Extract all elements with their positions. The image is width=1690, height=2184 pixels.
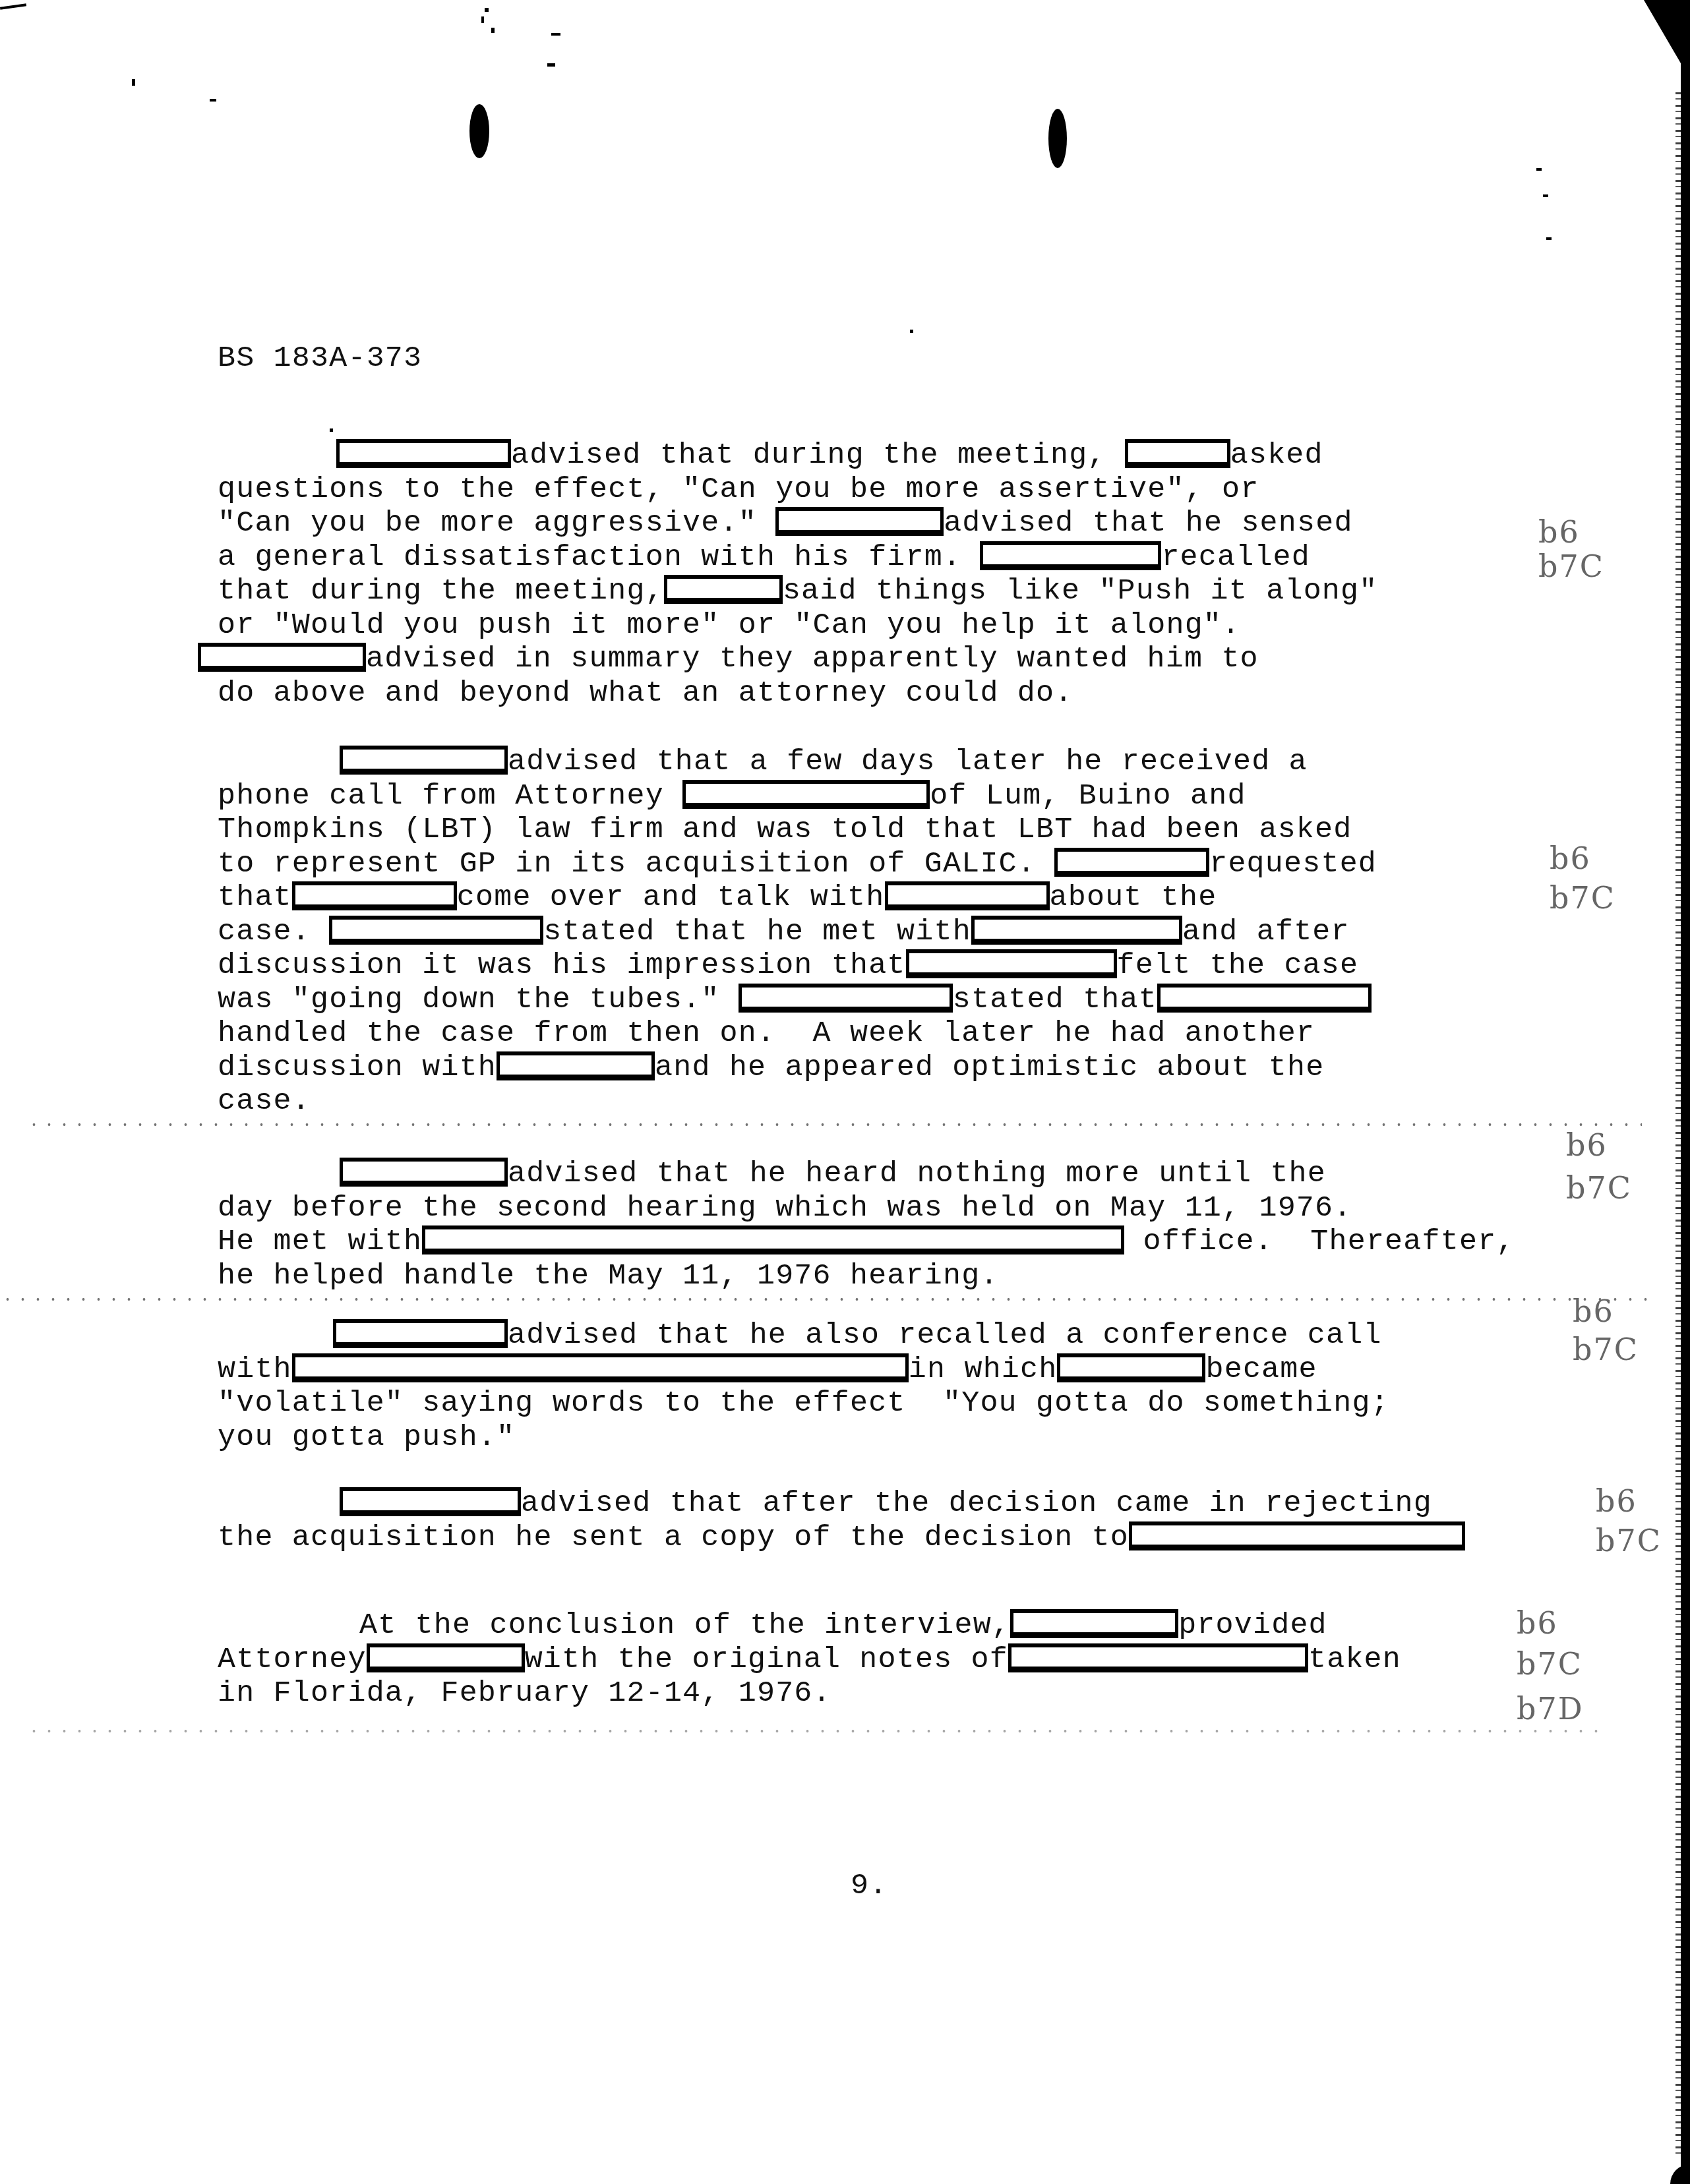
text-segment: case. bbox=[218, 1084, 311, 1118]
text-segment: in which bbox=[909, 1353, 1058, 1386]
text-line: advised that after the decision came in … bbox=[340, 1487, 1432, 1521]
text-line: a general dissatisfaction with his firm.… bbox=[218, 541, 1310, 575]
text-segment: He met with bbox=[218, 1225, 422, 1258]
text-segment: felt the case bbox=[1117, 949, 1359, 982]
page-bottom-corner bbox=[1670, 2164, 1690, 2184]
text-line: in Florida, February 12-14, 1976. bbox=[218, 1676, 831, 1711]
text-line: he helped handle the May 11, 1976 hearin… bbox=[218, 1259, 999, 1293]
text-segment: asked bbox=[1230, 438, 1323, 472]
text-line: discussion it was his impression thatfel… bbox=[218, 949, 1358, 983]
text-segment: do above and beyond what an attorney cou… bbox=[218, 676, 1073, 710]
exemption-b6: b6 bbox=[1596, 1483, 1637, 1519]
text-segment: recalled bbox=[1161, 541, 1310, 574]
text-line: case. bbox=[218, 1084, 311, 1119]
text-segment: said things like "Push it along" bbox=[783, 574, 1378, 608]
exemption-b6: b6 bbox=[1550, 841, 1591, 876]
redaction-box bbox=[340, 1487, 521, 1516]
redaction-box bbox=[422, 1225, 1124, 1254]
exemption-b7c: b7C bbox=[1517, 1646, 1583, 1682]
scan-noise-row bbox=[26, 1727, 1609, 1735]
redaction-box bbox=[292, 1353, 909, 1382]
text-segment: a general dissatisfaction with his firm. bbox=[218, 541, 980, 574]
speck bbox=[1536, 168, 1542, 171]
exemption-b7d: b7D bbox=[1517, 1691, 1584, 1727]
redaction-box bbox=[1010, 1609, 1178, 1638]
text-line: "volatile" saying words to the effect "Y… bbox=[218, 1386, 1389, 1421]
text-segment: advised in summary they apparently wante… bbox=[366, 642, 1259, 676]
text-segment: with bbox=[218, 1353, 292, 1386]
redaction-box bbox=[333, 1319, 508, 1348]
redaction-box bbox=[739, 984, 953, 1013]
text-segment: requested bbox=[1209, 847, 1377, 881]
speck bbox=[1543, 194, 1548, 197]
speck bbox=[481, 16, 484, 23]
text-line: questions to the effect, "Can you be mor… bbox=[218, 473, 1259, 507]
redaction-box bbox=[971, 916, 1182, 945]
punch-hole-right bbox=[1048, 109, 1067, 168]
speck bbox=[491, 28, 495, 33]
text-segment: taken bbox=[1308, 1643, 1401, 1676]
redaction-box bbox=[1157, 984, 1372, 1013]
redaction-box bbox=[1054, 848, 1209, 877]
speck bbox=[551, 33, 560, 36]
text-segment: or "Would you push it more" or "Can you … bbox=[218, 608, 1240, 642]
exemption-b7c: b7C bbox=[1566, 1170, 1632, 1206]
text-segment: advised that after the decision came in … bbox=[521, 1487, 1432, 1520]
speck bbox=[132, 79, 135, 86]
text-line: the acquisition he sent a copy of the de… bbox=[218, 1521, 1465, 1555]
text-segment: provided bbox=[1178, 1608, 1327, 1642]
text-line: was "going down the tubes." stated that bbox=[218, 983, 1372, 1017]
text-segment: about the bbox=[1050, 881, 1217, 914]
exemption-b6: b6 bbox=[1573, 1293, 1614, 1329]
redaction-box bbox=[885, 881, 1050, 910]
text-segment: Thompkins (LBT) law firm and was told th… bbox=[218, 813, 1352, 846]
text-line: discussion withand he appeared optimisti… bbox=[218, 1051, 1324, 1085]
text-segment: case. bbox=[218, 915, 329, 949]
redaction-box bbox=[906, 949, 1117, 978]
redaction-box bbox=[329, 916, 543, 945]
text-line: advised that he also recalled a conferen… bbox=[333, 1318, 1382, 1353]
file-number: BS 183A-373 bbox=[218, 341, 422, 375]
redaction-box bbox=[1057, 1353, 1205, 1382]
page-number: 9. bbox=[851, 1869, 888, 1903]
redaction-box bbox=[367, 1643, 525, 1672]
text-line: do above and beyond what an attorney cou… bbox=[218, 676, 1073, 711]
text-segment: day before the second hearing which was … bbox=[218, 1191, 1352, 1225]
text-segment: office. Thereafter, bbox=[1124, 1225, 1515, 1258]
text-segment: advised that he also recalled a conferen… bbox=[508, 1318, 1382, 1352]
text-segment: of Lum, Buino and bbox=[930, 779, 1246, 813]
redaction-box bbox=[292, 881, 457, 910]
speck bbox=[210, 99, 216, 102]
redaction-box bbox=[336, 439, 511, 468]
text-segment: with the original notes of bbox=[525, 1643, 1008, 1676]
exemption-b6: b6 bbox=[1517, 1605, 1558, 1641]
text-segment: he helped handle the May 11, 1976 hearin… bbox=[218, 1259, 999, 1293]
speck bbox=[1546, 237, 1552, 240]
text-line: advised that during the meeting, asked bbox=[336, 438, 1323, 473]
text-segment: you gotta push." bbox=[218, 1421, 515, 1454]
text-segment: discussion with bbox=[218, 1051, 497, 1084]
speck bbox=[547, 63, 555, 67]
redaction-box bbox=[1008, 1643, 1308, 1672]
exemption-b7c: b7C bbox=[1538, 548, 1604, 584]
text-segment: and after bbox=[1182, 915, 1350, 949]
text-line: that during the meeting,said things like… bbox=[218, 574, 1377, 608]
text-segment: was "going down the tubes." bbox=[218, 983, 739, 1017]
exemption-b7c: b7C bbox=[1573, 1332, 1639, 1367]
redaction-box bbox=[682, 780, 930, 809]
text-line: handled the case from then on. A week la… bbox=[218, 1017, 1315, 1051]
scan-noise-row bbox=[0, 1295, 1648, 1303]
redaction-box bbox=[1129, 1521, 1465, 1550]
redaction-box bbox=[775, 507, 944, 536]
text-segment: "volatile" saying words to the effect "Y… bbox=[218, 1386, 1389, 1420]
text-segment: "Can you be more aggressive." bbox=[218, 506, 775, 540]
text-line: At the conclusion of the interview,provi… bbox=[359, 1608, 1327, 1643]
text-segment: the acquisition he sent a copy of the de… bbox=[218, 1521, 1129, 1554]
redaction-box bbox=[980, 541, 1161, 570]
text-line: Thompkins (LBT) law firm and was told th… bbox=[218, 813, 1352, 847]
redaction-box bbox=[198, 643, 366, 672]
text-segment: discussion it was his impression that bbox=[218, 949, 906, 982]
text-segment: Attorney bbox=[218, 1643, 367, 1676]
text-segment: phone call from Attorney bbox=[218, 779, 682, 813]
redaction-box bbox=[340, 1158, 508, 1187]
text-segment: stated that bbox=[953, 983, 1157, 1017]
text-line: within whichbecame bbox=[218, 1353, 1317, 1387]
text-segment: became bbox=[1205, 1353, 1317, 1386]
page-edge-noise bbox=[1675, 92, 1681, 2156]
text-segment: advised that he sensed bbox=[944, 506, 1353, 540]
document-page: BS 183A-373 advised that during the meet… bbox=[0, 0, 1690, 2184]
text-segment: advised that during the meeting, bbox=[511, 438, 1125, 472]
text-segment: At the conclusion of the interview, bbox=[359, 1608, 1010, 1642]
redaction-box bbox=[664, 575, 783, 604]
exemption-b7c: b7C bbox=[1596, 1523, 1662, 1558]
text-segment: advised that a few days later he receive… bbox=[508, 745, 1308, 779]
text-segment: handled the case from then on. A week la… bbox=[218, 1017, 1315, 1050]
exemption-b6: b6 bbox=[1538, 514, 1580, 550]
text-segment: and he appeared optimistic about the bbox=[655, 1051, 1324, 1084]
text-segment: questions to the effect, "Can you be mor… bbox=[218, 473, 1259, 506]
redaction-box bbox=[497, 1051, 655, 1080]
text-line: He met with office. Thereafter, bbox=[218, 1225, 1515, 1259]
text-line: "Can you be more aggressive." advised th… bbox=[218, 506, 1353, 541]
text-segment: come over and talk with bbox=[457, 881, 885, 914]
text-line: or "Would you push it more" or "Can you … bbox=[218, 608, 1240, 643]
text-segment: that during the meeting, bbox=[218, 574, 664, 608]
redaction-box bbox=[1125, 439, 1230, 468]
text-line: case. stated that he met withand after bbox=[218, 915, 1350, 949]
text-line: Attorneywith the original notes oftaken bbox=[218, 1643, 1401, 1677]
text-line: phone call from Attorney of Lum, Buino a… bbox=[218, 779, 1246, 813]
scan-mark bbox=[0, 3, 26, 10]
text-segment: in Florida, February 12-14, 1976. bbox=[218, 1676, 831, 1710]
text-line: to represent GP in its acquisition of GA… bbox=[218, 847, 1377, 881]
text-segment: advised that he heard nothing more until… bbox=[508, 1157, 1326, 1191]
text-line: advised that he heard nothing more until… bbox=[340, 1157, 1326, 1191]
speck bbox=[330, 428, 333, 432]
redaction-box bbox=[340, 746, 508, 775]
text-line: day before the second hearing which was … bbox=[218, 1191, 1352, 1225]
text-line: advised that a few days later he receive… bbox=[340, 745, 1308, 779]
speck bbox=[910, 330, 913, 333]
exemption-b7c: b7C bbox=[1550, 880, 1615, 916]
text-line: you gotta push." bbox=[218, 1421, 515, 1455]
scan-noise-row bbox=[26, 1121, 1642, 1129]
text-segment: to represent GP in its acquisition of GA… bbox=[218, 847, 1054, 881]
exemption-b6: b6 bbox=[1566, 1127, 1608, 1163]
text-segment: stated that he met with bbox=[543, 915, 971, 949]
page-right-edge bbox=[1681, 0, 1690, 2184]
text-line: thatcome over and talk withabout the bbox=[218, 881, 1217, 915]
speck bbox=[485, 8, 489, 12]
text-line: advised in summary they apparently wante… bbox=[198, 642, 1259, 676]
text-segment: that bbox=[218, 881, 292, 914]
punch-hole-left bbox=[469, 104, 489, 158]
